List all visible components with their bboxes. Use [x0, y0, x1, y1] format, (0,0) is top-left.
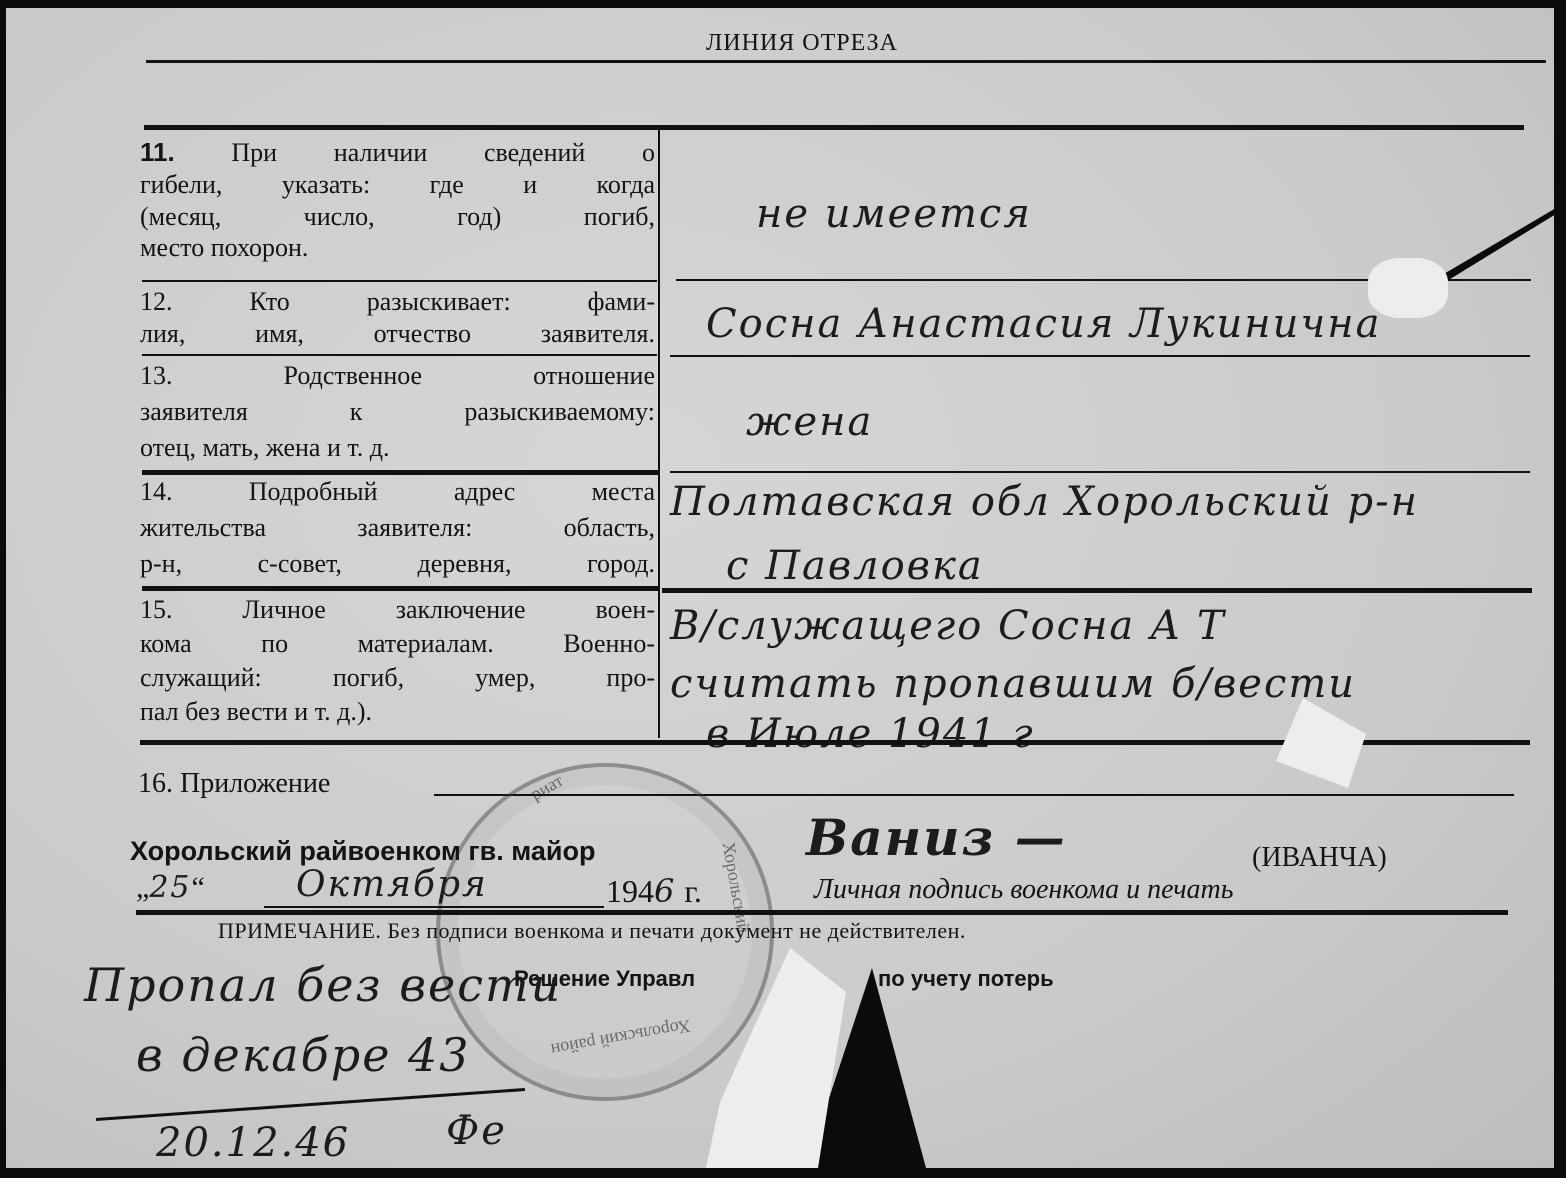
- field-14-number: 14.: [140, 477, 173, 506]
- field-14-label-line3: р-н, с-совет, деревня, город.: [140, 548, 655, 580]
- field-15-label-line4: пал без вести и т. д.).: [140, 696, 655, 728]
- field-13-rule-right: [670, 471, 1530, 473]
- field-15-label-line3: служащий: погиб, умер, про-: [140, 662, 655, 694]
- field-15-label-line2: кома по материалам. Военно-: [140, 628, 655, 660]
- field-11-label-line: (месяц, число, год) погиб,: [140, 202, 655, 231]
- field-11-number: 11.: [140, 137, 175, 167]
- document-card: ЛИНИЯ ОТРЕЗА 11. При наличии сведений о …: [6, 8, 1554, 1168]
- field-13-label: 13. Родственное отношение: [140, 360, 655, 392]
- stamp-bottom-text: Хорольский район: [549, 1015, 692, 1060]
- field-13-label-line3: отец, мать, жена и т. д.: [140, 432, 655, 464]
- table-top-rule: [144, 125, 1524, 130]
- field-15-label-line: Личное заключение воен-: [242, 595, 655, 624]
- signature-rule: [136, 910, 1508, 915]
- field-11-label-tail: место похорон.: [140, 232, 655, 264]
- field-11-value: не имеется: [756, 186, 1032, 242]
- field-15-value-line2: считать пропавшим б/вести: [670, 656, 1356, 712]
- date-year-prefix: 194: [606, 873, 654, 909]
- field-15-label: 15. Личное заключение воен-: [140, 594, 655, 626]
- date-day: „25“: [136, 870, 205, 905]
- field-14-label-line2: жительства заявителя: область,: [140, 512, 655, 544]
- field-12-number: 12.: [140, 287, 173, 316]
- field-14-rule-left: [142, 586, 658, 591]
- resolution-line2: в декабре 43: [136, 1028, 471, 1082]
- field-15-value-line1: В/служащего Сосна А Т: [670, 598, 1226, 654]
- field-14-label: 14. Подробный адрес места: [140, 476, 655, 508]
- cut-line-label: ЛИНИЯ ОТРЕЗА: [706, 30, 898, 57]
- stamp-top-text: риат: [527, 770, 567, 805]
- decision-heading-part2: по учету потерь: [878, 966, 1054, 992]
- column-divider: [658, 130, 660, 738]
- field-12-rule-left: [142, 354, 657, 356]
- resolution-line1: Пропал без вести: [84, 958, 562, 1012]
- date-year: 1946 г.: [606, 872, 702, 910]
- field-14-rule-right: [662, 588, 1532, 593]
- commissar-signature: Ваниз —: [806, 808, 1067, 867]
- field-15-value-line3: в Июле 1941 г: [706, 706, 1035, 762]
- field-14-label-line: Подробный адрес места: [249, 477, 655, 506]
- field-13-value: жена: [746, 394, 873, 450]
- date-month-line: [264, 906, 604, 908]
- signature-caption: Личная подпись военкома и печать: [814, 874, 1234, 906]
- field-15-number: 15.: [140, 595, 173, 624]
- field-14-value-line2: с Павловка: [726, 538, 984, 594]
- field-12-value: Сосна Анастасия Лукинична: [706, 296, 1381, 352]
- date-month: Октября: [296, 864, 488, 905]
- field-11-label-line: При наличии сведений о: [231, 138, 655, 167]
- field-11-label-line: гибели, указать: где и когда: [140, 170, 655, 199]
- resolution-initials: Фе: [446, 1108, 507, 1154]
- field-12-label: 12. Кто разыскивает: фами-: [140, 286, 655, 318]
- field-14-value-line1: Полтавская обл Хорольский р-н: [670, 474, 1419, 530]
- field-13-rule-left: [142, 470, 658, 475]
- signatory-title: Хорольский райвоенком гв. майор: [130, 836, 595, 867]
- field-12-rule-right: [670, 355, 1530, 357]
- field-12-label-line2: лия, имя, отчество заявителя.: [140, 318, 655, 350]
- field-13-number: 13.: [140, 361, 173, 390]
- date-day-value: 25: [149, 870, 191, 905]
- field-13-label-line: Родственное отношение: [284, 361, 655, 390]
- signatory-name: (ИВАНЧА): [1252, 842, 1387, 874]
- resolution-date: 20.12.46: [156, 1120, 350, 1166]
- field-13-label-line2: заявителя к разыскиваемому:: [140, 396, 655, 428]
- validity-note: ПРИМЕЧАНИЕ. Без подписи военкома и печат…: [218, 918, 966, 944]
- cut-line: [146, 60, 1546, 63]
- date-year-unit: г.: [684, 873, 702, 909]
- tear-hole-upper: [1368, 258, 1448, 318]
- field-12-label-line: Кто разыскивает: фами-: [249, 287, 655, 316]
- field-11-label: 11. При наличии сведений о гибели, указа…: [140, 136, 655, 233]
- attachment-label: 16. Приложение: [138, 768, 330, 800]
- date-year-suffix: 6: [654, 872, 676, 910]
- field-11-rule-left: [142, 280, 657, 282]
